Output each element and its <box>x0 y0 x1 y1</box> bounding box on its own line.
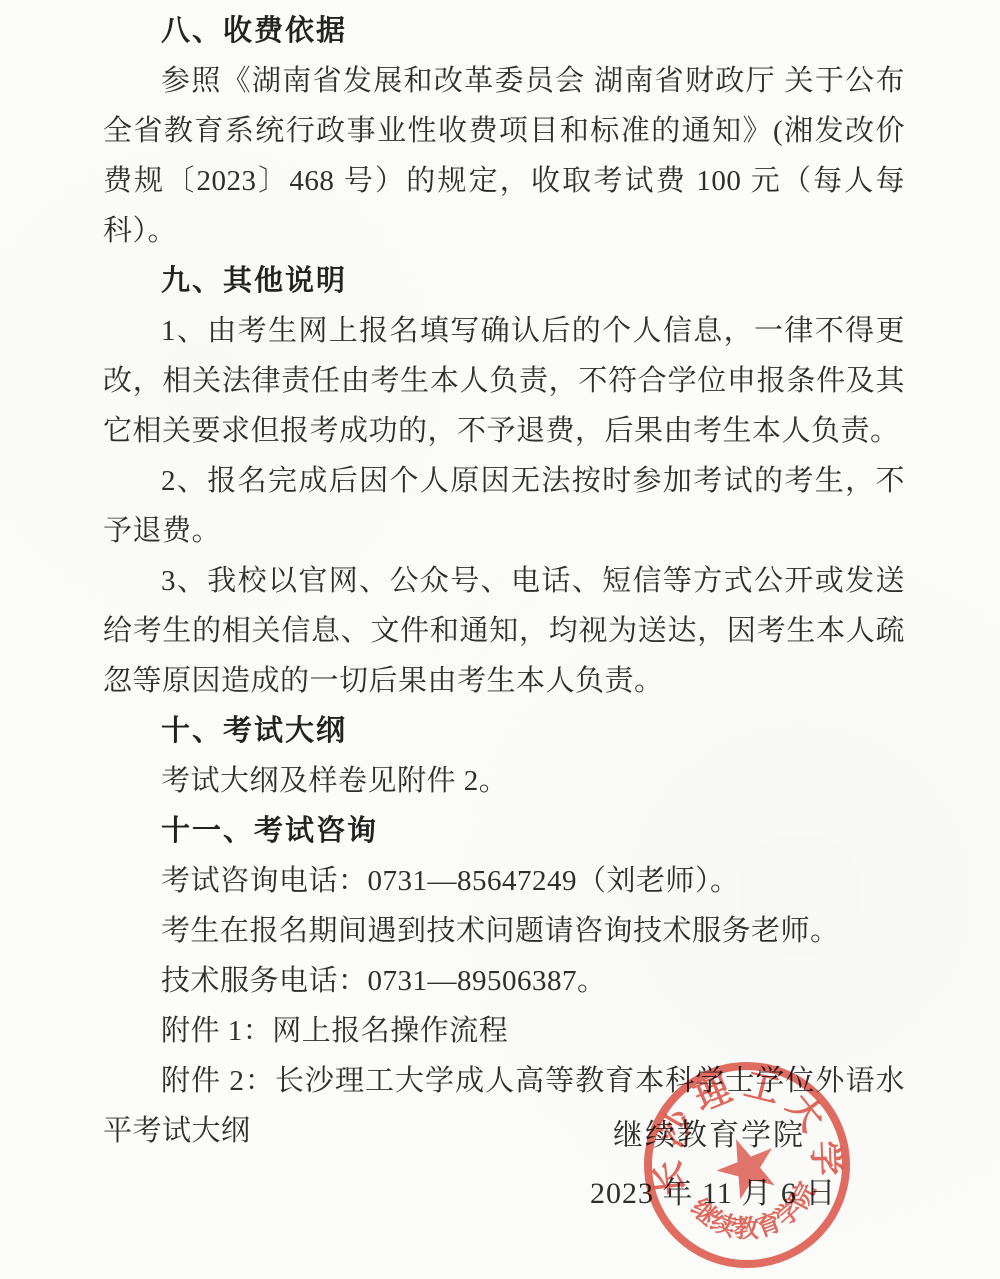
paragraph: 考试咨询电话：0731—85647249（刘老师）。 <box>103 856 905 906</box>
paragraph: 附件 1：网上报名操作流程 <box>103 1006 905 1056</box>
document-body: 八、收费依据参照《湖南省发展和改革委员会 湖南省财政厅 关于公布全省教育系统行政… <box>103 6 905 1156</box>
paragraph: 考试大纲及样卷见附件 2。 <box>103 756 905 806</box>
scanned-document-page: 八、收费依据参照《湖南省发展和改革委员会 湖南省财政厅 关于公布全省教育系统行政… <box>0 0 1000 1279</box>
paragraph: 3、我校以官网、公众号、电话、短信等方式公开或发送给考生的相关信息、文件和通知，… <box>103 556 905 706</box>
section-heading: 十一、考试咨询 <box>103 806 905 856</box>
paragraph: 技术服务电话：0731—89506387。 <box>103 956 905 1006</box>
paragraph: 2、报名完成后因个人原因无法按时参加考试的考生，不予退费。 <box>103 456 905 556</box>
paragraph: 考生在报名期间遇到技术问题请咨询技术服务老师。 <box>103 906 905 956</box>
section-heading: 十、考试大纲 <box>103 706 905 756</box>
seal-star-icon <box>708 1128 785 1204</box>
paragraph: 参照《湖南省发展和改革委员会 湖南省财政厅 关于公布全省教育系统行政事业性收费项… <box>103 56 905 256</box>
official-seal: 长沙理工大学 继续教育学院 <box>626 1044 868 1279</box>
section-heading: 八、收费依据 <box>103 6 905 56</box>
section-heading: 九、其他说明 <box>103 256 905 306</box>
paragraph: 1、由考生网上报名填写确认后的个人信息，一律不得更改，相关法律责任由考生本人负责… <box>103 306 905 456</box>
